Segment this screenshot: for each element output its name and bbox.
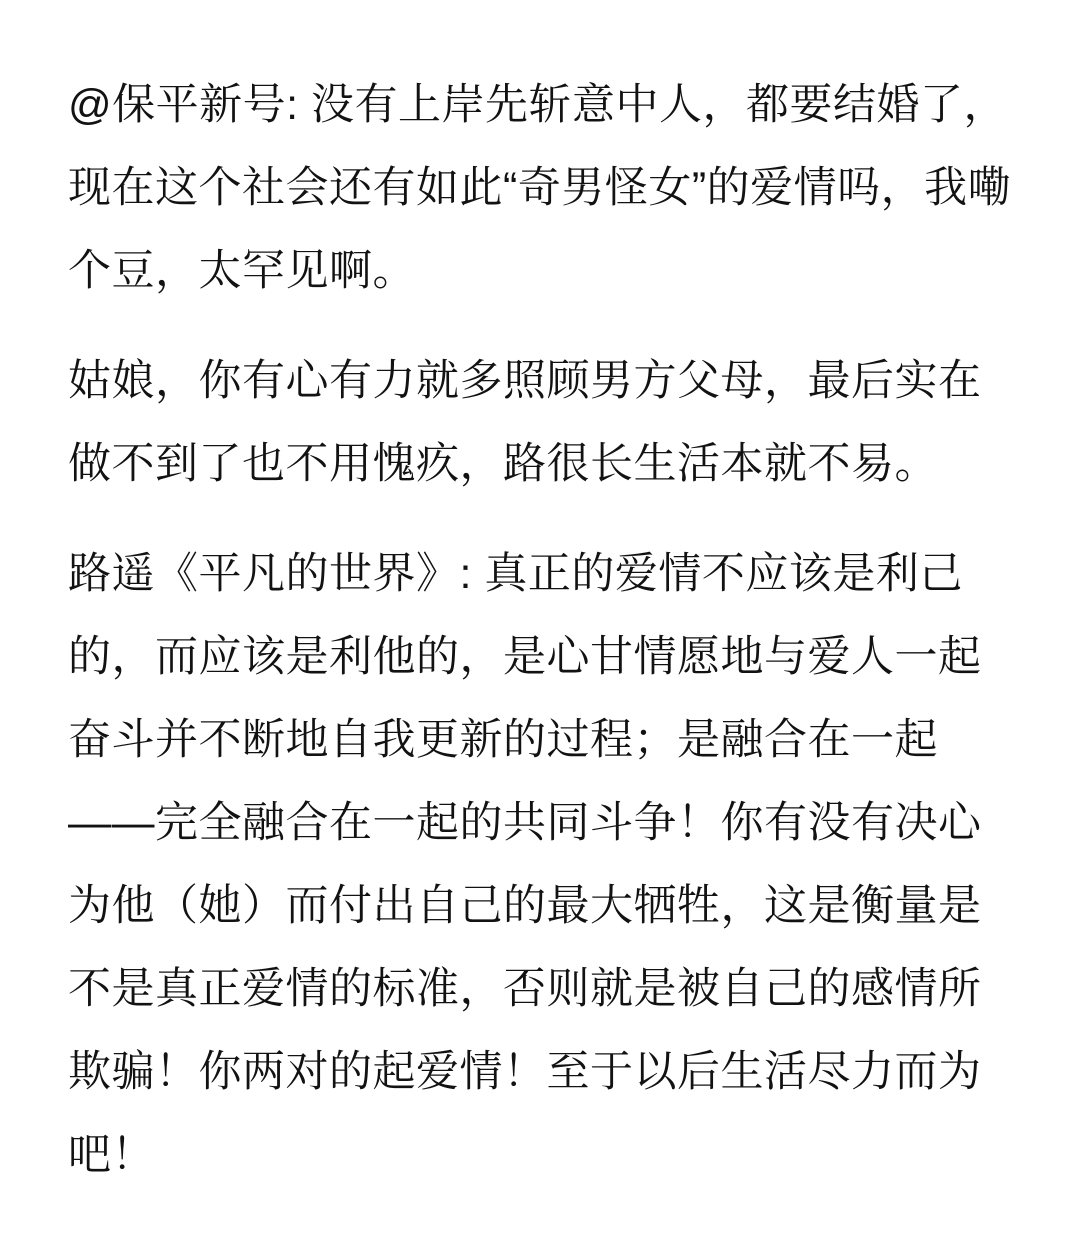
post-paragraph-2: 姑娘，你有心有力就多照顾男方父母，最后实在做不到了也不用愧疚，路很长生活本就不易…	[68, 340, 1012, 506]
post-paragraph-1: @保平新号: 没有上岸先斩意中人，都要结婚了，现在这个社会还有如此“奇男怪女”的…	[68, 64, 1012, 313]
post-text-block: @保平新号: 没有上岸先斩意中人，都要结婚了，现在这个社会还有如此“奇男怪女”的…	[68, 64, 1012, 1197]
post-page: @保平新号: 没有上岸先斩意中人，都要结婚了，现在这个社会还有如此“奇男怪女”的…	[0, 0, 1080, 1257]
post-paragraph-3: 路遥《平凡的世界》: 真正的爱情不应该是利己的，而应该是利他的，是心甘情愿地与爱…	[68, 533, 1012, 1197]
